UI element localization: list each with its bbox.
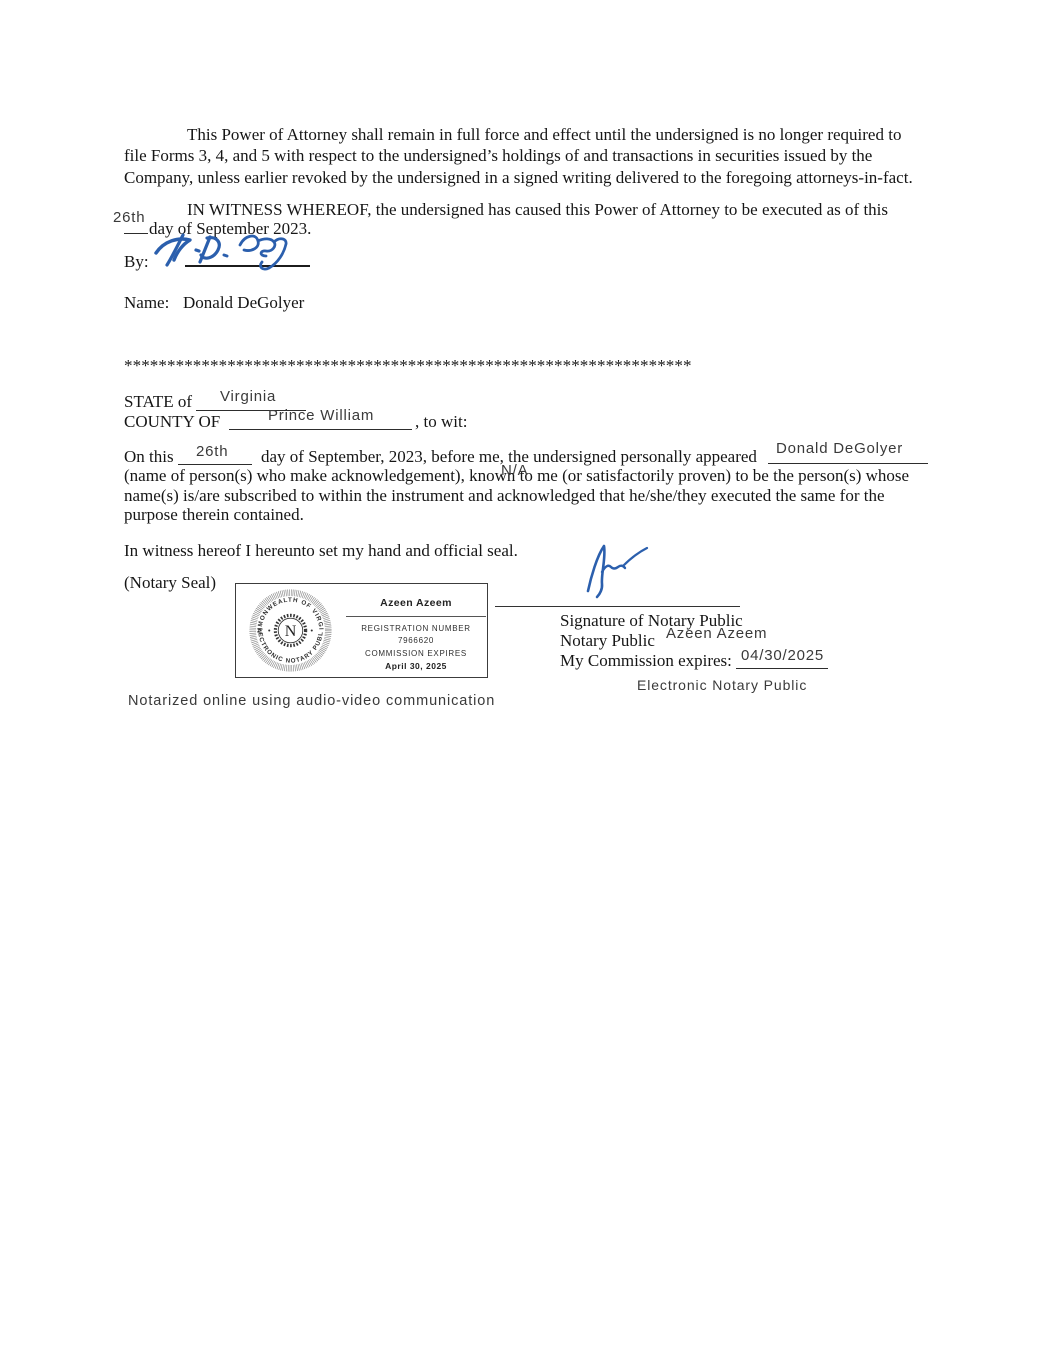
hand-and-seal-line: In witness hereof I hereunto set my hand… [124, 541, 518, 561]
notary-seal-emblem: COMMONWEALTH OF VIRGINIA ELECTRONIC NOTA… [248, 588, 333, 673]
witness-clause-line1: IN WITNESS WHEREOF, the undersigned has … [187, 200, 888, 220]
seal-registration-number: 7966620 [345, 636, 487, 645]
ack-appeared-name-fill: Donald DeGolyer [776, 440, 903, 458]
by-label: By: [124, 252, 149, 272]
seal-name-line [346, 600, 486, 617]
commission-date-fill: 04/30/2025 [741, 647, 824, 665]
name-label: Name: [124, 293, 169, 313]
para1-line3: Company, unless earlier revoked by the u… [124, 168, 913, 188]
electronic-notary-note: Electronic Notary Public [637, 677, 807, 694]
ack-on-this: On this [124, 447, 174, 467]
execution-day-blank [124, 209, 148, 234]
name-value: Donald DeGolyer [183, 293, 304, 313]
seal-commission-date: April 30, 2025 [345, 661, 487, 671]
ack-line3: name(s) is/are subscribed to within the … [124, 486, 885, 506]
county-label: COUNTY OF [124, 412, 220, 432]
para1-line1: This Power of Attorney shall remain in f… [187, 125, 901, 145]
online-notarization-note: Notarized online using audio-video commu… [128, 693, 495, 710]
notary-title-label: Notary Public [560, 631, 655, 651]
document-page: This Power of Attorney shall remain in f… [0, 0, 1055, 1365]
notary-name-fill: Azeen Azeem [666, 625, 767, 643]
asterisk-divider: ****************************************… [124, 356, 692, 376]
seal-monogram: N [285, 623, 297, 640]
ack-line4: purpose therein contained. [124, 505, 304, 525]
county-fill: Prince William [268, 407, 374, 425]
notary-seal-label: (Notary Seal) [124, 573, 216, 593]
to-wit-label: , to wit: [415, 412, 467, 432]
notary-signature-line [495, 582, 740, 607]
ack-day-fill: 26th [196, 443, 228, 461]
signer-signature-image [150, 229, 300, 273]
ack-na-fill: N/A [501, 462, 528, 480]
seal-commission-label: COMMISSION EXPIRES [345, 649, 487, 658]
para1-line2: file Forms 3, 4, and 5 with respect to t… [124, 146, 872, 166]
seal-registration-label: REGISTRATION NUMBER [345, 624, 487, 633]
commission-expires-label: My Commission expires: [560, 651, 732, 671]
state-label: STATE of [124, 392, 192, 412]
